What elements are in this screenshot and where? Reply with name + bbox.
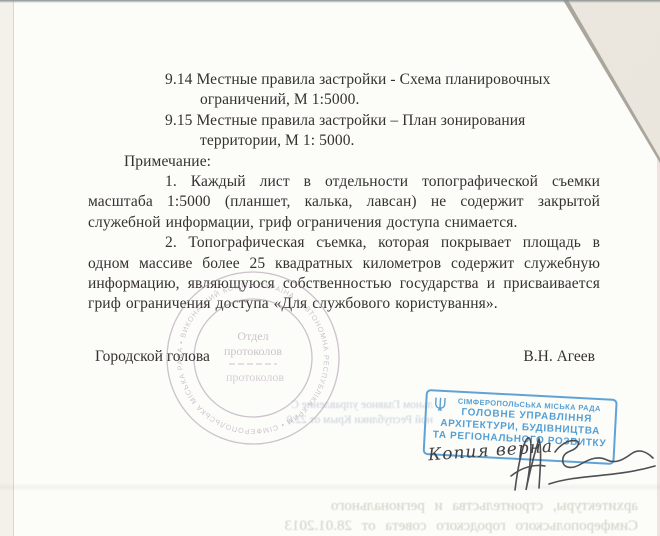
signature-row: Городской голова В.Н. Агеев	[95, 348, 595, 366]
trident-emblem-icon	[434, 396, 447, 412]
seal-center-line1: Отдел	[237, 329, 268, 343]
page-top-edge-shadow	[0, 0, 660, 3]
note-paragraph-1: 1. Каждый лист в отдельности топографиче…	[88, 172, 600, 233]
signature-title: Городской голова	[95, 348, 210, 366]
list-item-9-15-continuation: территории, М 1: 5000.	[88, 131, 600, 151]
signatory-name: В.Н. Агеев	[523, 348, 595, 366]
note-heading: Примечание:	[88, 152, 600, 172]
list-item-9-15: 9.15 Местные правила застройки – План зо…	[88, 111, 600, 131]
page-left-margin-strip	[0, 0, 13, 536]
scanned-document-page: льном Главное управление С ной Республик…	[0, 0, 660, 536]
list-item-9-14-continuation: ограничений, М 1:5000.	[88, 90, 600, 110]
page-left-crease-line	[13, 0, 14, 536]
bleedthrough-bottom-line2: Симферопольского городского совета от 28…	[183, 516, 638, 536]
seal-center-line3: протоколов	[226, 370, 284, 384]
handwritten-signature	[505, 428, 660, 508]
list-item-9-14: 9.14 Местные правила застройки - Схема п…	[88, 70, 600, 90]
